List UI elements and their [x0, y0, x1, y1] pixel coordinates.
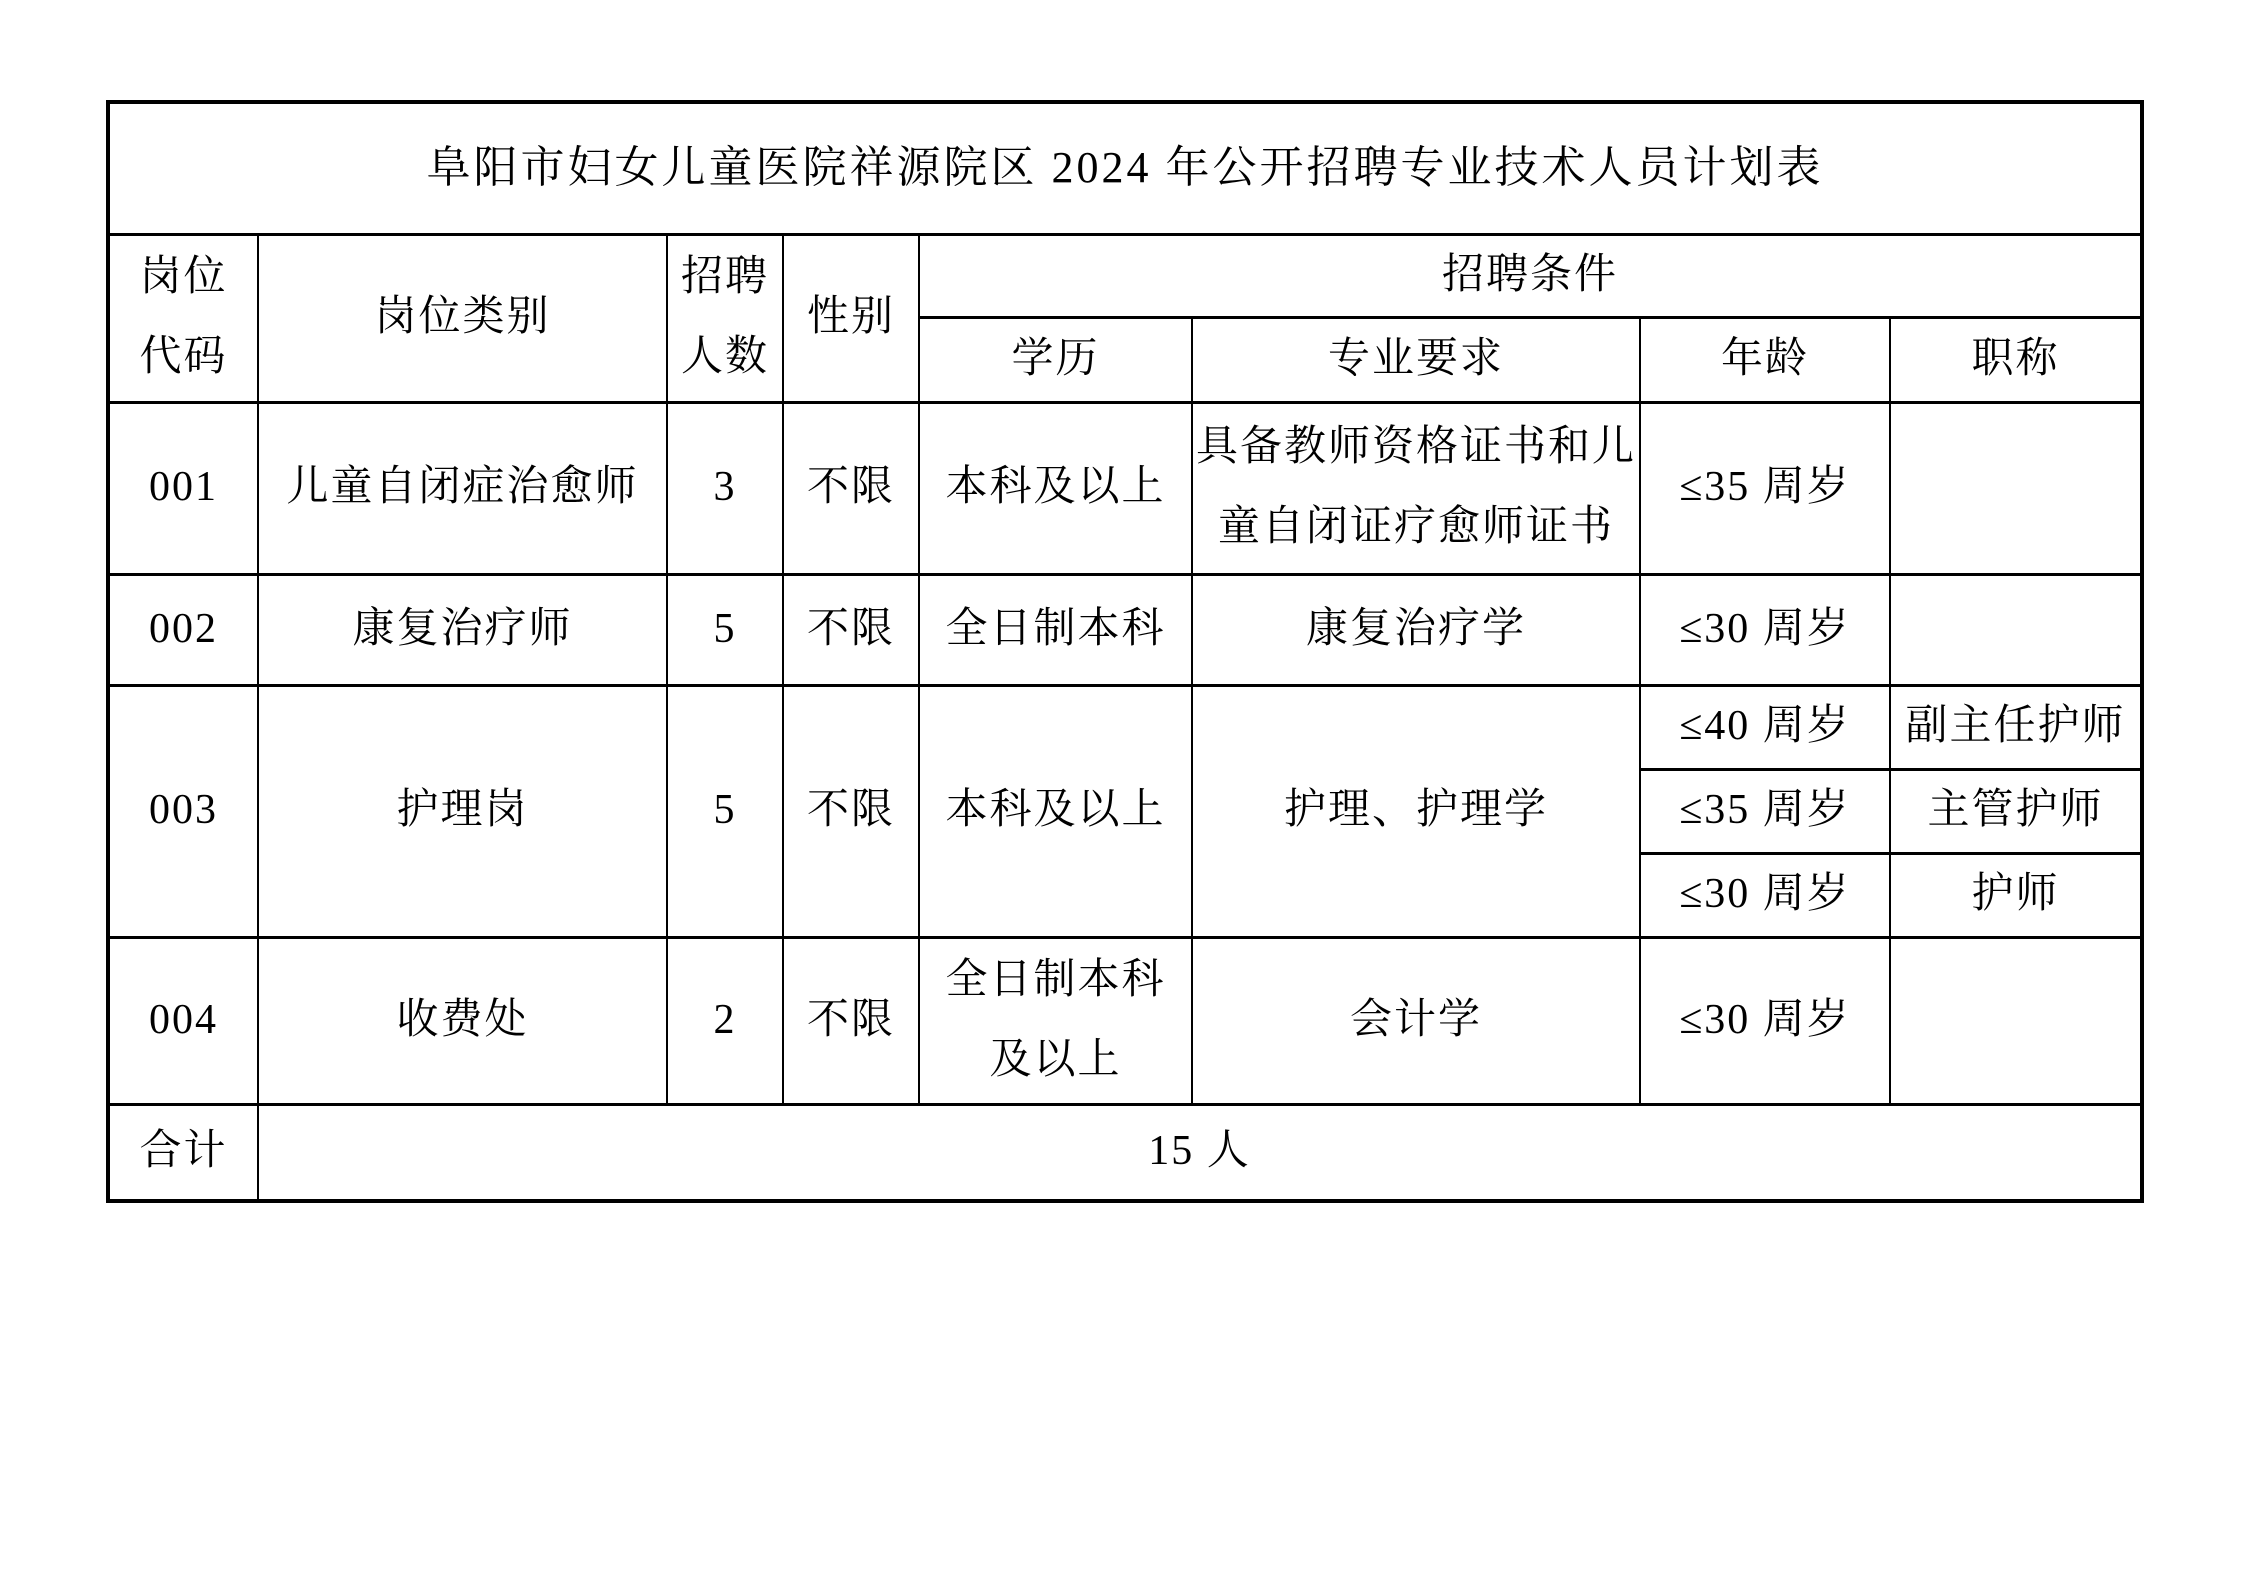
cell-004-job-title [1890, 937, 2142, 1104]
recruitment-plan-table: 阜阳市妇女儿童医院祥源院区 2024 年公开招聘专业技术人员计划表 岗位 代码 … [106, 100, 2144, 1203]
cell-003-sub1-age: ≤40 周岁 [1640, 685, 1890, 769]
table-row-002: 002 康复治疗师 5 不限 全日制本科 康复治疗学 ≤30 周岁 [108, 574, 2142, 685]
total-label: 合计 [108, 1104, 258, 1201]
col-header-job-title: 职称 [1890, 317, 2142, 402]
col-header-count: 招聘 人数 [667, 234, 783, 402]
cell-003-code: 003 [108, 685, 258, 937]
cell-002-count: 5 [667, 574, 783, 685]
cell-001-code: 001 [108, 402, 258, 574]
cell-002-major: 康复治疗学 [1192, 574, 1640, 685]
col-header-category: 岗位类别 [258, 234, 667, 402]
cell-001-age: ≤35 周岁 [1640, 402, 1890, 574]
table-row-004: 004 收费处 2 不限 全日制本科及以上 会计学 ≤30 周岁 [108, 937, 2142, 1104]
cell-003-sub2-job-title: 主管护师 [1890, 769, 2142, 853]
cell-001-major: 具备教师资格证书和儿童自闭证疗愈师证书 [1192, 402, 1640, 574]
cell-004-education: 全日制本科及以上 [919, 937, 1192, 1104]
col-header-post-code-line1: 岗位 [112, 238, 255, 318]
table-row-003-sub1: 003 护理岗 5 不限 本科及以上 护理、护理学 ≤40 周岁 副主任护师 [108, 685, 2142, 769]
col-header-major: 专业要求 [1192, 317, 1640, 402]
cell-002-age: ≤30 周岁 [1640, 574, 1890, 685]
cell-002-gender: 不限 [783, 574, 919, 685]
total-row: 合计 15 人 [108, 1104, 2142, 1201]
cell-003-sub3-age: ≤30 周岁 [1640, 853, 1890, 937]
cell-001-category: 儿童自闭症治愈师 [258, 402, 667, 574]
col-header-count-line1: 招聘 [670, 238, 780, 318]
header-row-top: 岗位 代码 岗位类别 招聘 人数 性别 招聘条件 [108, 234, 2142, 317]
cell-003-education: 本科及以上 [919, 685, 1192, 937]
col-header-conditions: 招聘条件 [919, 234, 2142, 317]
cell-003-count: 5 [667, 685, 783, 937]
cell-004-major: 会计学 [1192, 937, 1640, 1104]
cell-003-sub3-job-title: 护师 [1890, 853, 2142, 937]
title-row: 阜阳市妇女儿童医院祥源院区 2024 年公开招聘专业技术人员计划表 [108, 102, 2142, 234]
cell-004-education-text: 全日制本科及以上 [940, 941, 1172, 1101]
col-header-gender: 性别 [783, 234, 919, 402]
cell-004-age: ≤30 周岁 [1640, 937, 1890, 1104]
cell-003-category: 护理岗 [258, 685, 667, 937]
table-title: 阜阳市妇女儿童医院祥源院区 2024 年公开招聘专业技术人员计划表 [108, 102, 2142, 234]
cell-002-category: 康复治疗师 [258, 574, 667, 685]
col-header-count-line2: 人数 [670, 318, 780, 398]
cell-001-count: 3 [667, 402, 783, 574]
col-header-education: 学历 [919, 317, 1192, 402]
cell-003-sub2-age: ≤35 周岁 [1640, 769, 1890, 853]
cell-003-sub1-job-title: 副主任护师 [1890, 685, 2142, 769]
total-value: 15 人 [258, 1104, 2142, 1201]
cell-003-gender: 不限 [783, 685, 919, 937]
cell-002-job-title [1890, 574, 2142, 685]
document-page: 阜阳市妇女儿童医院祥源院区 2024 年公开招聘专业技术人员计划表 岗位 代码 … [0, 0, 2245, 1587]
col-header-post-code: 岗位 代码 [108, 234, 258, 402]
cell-002-code: 002 [108, 574, 258, 685]
cell-003-major: 护理、护理学 [1192, 685, 1640, 937]
table-row-001: 001 儿童自闭症治愈师 3 不限 本科及以上 具备教师资格证书和儿童自闭证疗愈… [108, 402, 2142, 574]
cell-004-count: 2 [667, 937, 783, 1104]
cell-004-code: 004 [108, 937, 258, 1104]
cell-001-education: 本科及以上 [919, 402, 1192, 574]
cell-002-education: 全日制本科 [919, 574, 1192, 685]
col-header-post-code-line2: 代码 [112, 318, 255, 398]
cell-004-gender: 不限 [783, 937, 919, 1104]
cell-001-gender: 不限 [783, 402, 919, 574]
cell-004-category: 收费处 [258, 937, 667, 1104]
cell-001-job-title [1890, 402, 2142, 574]
col-header-age: 年龄 [1640, 317, 1890, 402]
